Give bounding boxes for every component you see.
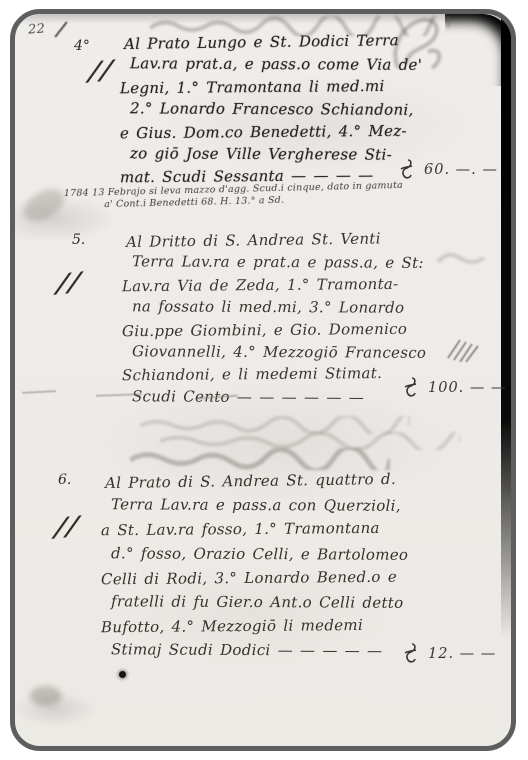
- manuscript-scan-page: 22 4° // 5. // 6. // Al Prato Lungo e St…: [0, 0, 528, 760]
- scan-frame-border: [10, 9, 516, 751]
